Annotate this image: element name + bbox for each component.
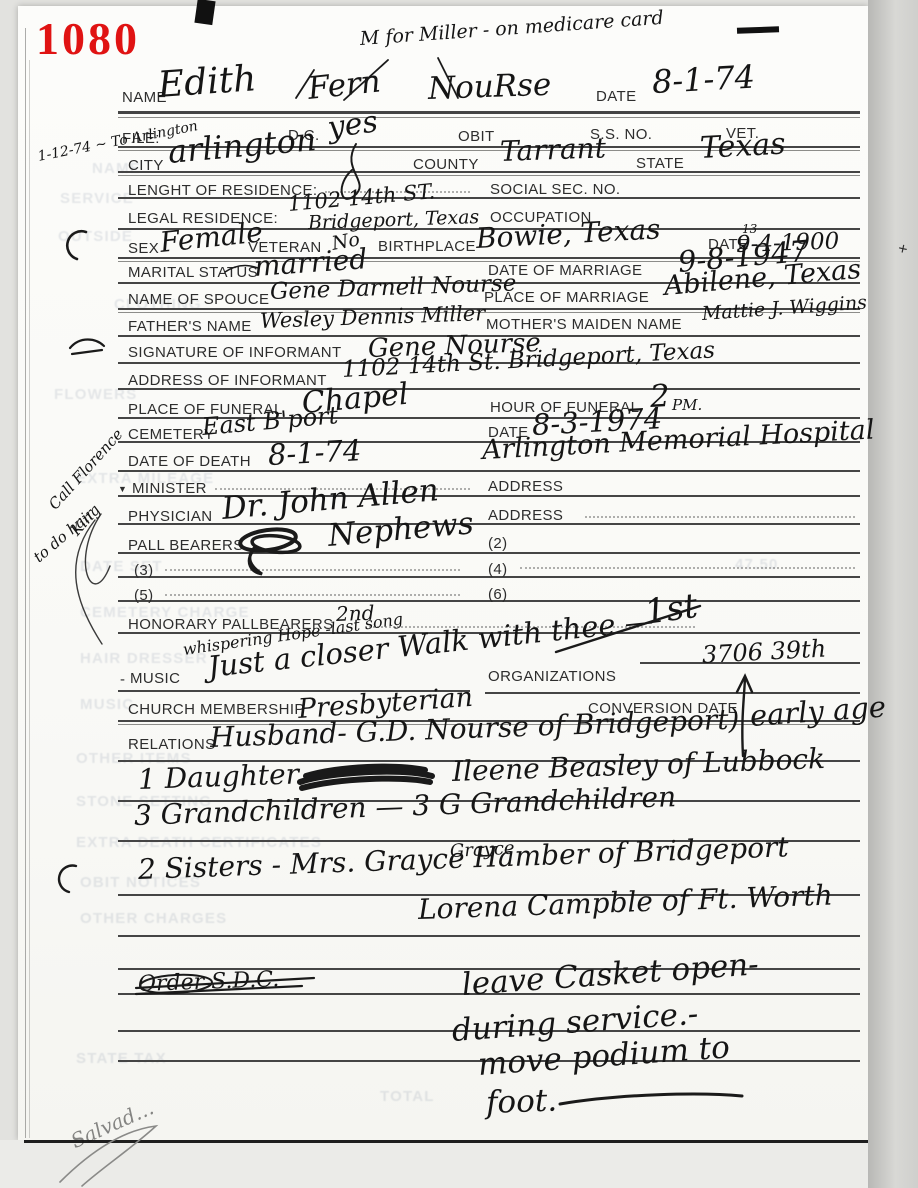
- sex-label: SEX: [128, 240, 159, 257]
- triangle-marker-icon: ▼: [118, 484, 127, 494]
- pallbearer-6-label: (6): [488, 586, 508, 603]
- date-label: DATE: [596, 88, 637, 105]
- state-value: Texas: [699, 130, 786, 164]
- music-label: MUSIC: [130, 670, 180, 687]
- paper-edge-line: [25, 28, 26, 1138]
- marital-status-label: MARITAL STATUS: [128, 264, 258, 281]
- pallbearer-4-label: (4): [488, 561, 508, 578]
- organizations-label: ORGANIZATIONS: [488, 668, 616, 685]
- ghost-label: TOTAL: [380, 1088, 435, 1105]
- ghost-label: OTHER CHARGES: [80, 910, 227, 927]
- scan-edge-right: [868, 0, 918, 1188]
- scanned-funeral-record: 1080 NAME SERVICE OUTSIDE CLOTHING FLOWE…: [0, 0, 918, 1188]
- state-label: STATE: [636, 155, 684, 172]
- form-line: [118, 111, 860, 114]
- spouse-label: NAME OF SPOUCE: [128, 291, 269, 308]
- minister-label: MINISTER: [132, 480, 207, 497]
- dotted-leader: [585, 516, 855, 518]
- birthplace-label: BIRTHPLACE: [378, 238, 476, 255]
- dotted-leader: [520, 567, 855, 569]
- scan-artifact-blob: [194, 0, 215, 25]
- county-value: Tarrant: [500, 134, 607, 166]
- form-line: [118, 935, 860, 937]
- relations-line-2a: 1 Daughter: [138, 760, 300, 794]
- organizations-note: 3706 39th: [701, 637, 826, 667]
- name-middle-value: Fern: [306, 66, 382, 104]
- relations-label: RELATIONS: [128, 736, 216, 753]
- dotted-leader: [165, 569, 460, 571]
- minister-address-label: ADDRESS: [488, 478, 563, 495]
- pallbearer-5-label: (5): [134, 587, 154, 604]
- funeral-hour-unit: PM.: [672, 398, 702, 413]
- form-line: [118, 117, 860, 118]
- father-name-label: FATHER'S NAME: [128, 318, 252, 335]
- county-label: COUNTY: [413, 156, 479, 173]
- paper-edge-line-2: [29, 60, 30, 1138]
- scan-edge-bottom: [0, 1140, 868, 1188]
- date-value: 8-1-74: [651, 61, 756, 98]
- pallbearers-label: PALL BEARERS: [128, 537, 244, 554]
- dotted-leader: [165, 594, 460, 596]
- form-line: [118, 175, 860, 176]
- physician-label: PHYSICIAN: [128, 508, 212, 525]
- city-label: CITY: [128, 157, 164, 174]
- dc-value: yes: [326, 107, 380, 144]
- social-sec-label: SOCIAL SEC. NO.: [490, 181, 620, 198]
- form-line: [118, 171, 860, 173]
- death-date-value: 8-1-74: [267, 436, 362, 470]
- pallbearer-3-label: (3): [134, 562, 154, 579]
- ghost-label: MUSIC: [80, 696, 134, 713]
- name-first-value: Edith: [157, 61, 258, 104]
- music-dash-marker: -: [120, 671, 125, 688]
- casket-note-4: foot.: [485, 1086, 557, 1119]
- church-membership-label: CHURCH MEMBERSHIP: [128, 701, 305, 718]
- order-note-struck: Order S.D.C.: [138, 969, 280, 996]
- death-date-label: DATE OF DEATH: [128, 453, 251, 470]
- informant-signature-label: SIGNATURE OF INFORMANT: [128, 344, 342, 361]
- name-last-value: NouRse: [427, 70, 551, 105]
- physician-address-label: ADDRESS: [488, 507, 563, 524]
- ghost-amount: 47.50: [735, 556, 779, 573]
- informant-address-label: ADDRESS OF INFORMANT: [128, 372, 327, 389]
- document-number: 1080: [36, 12, 140, 65]
- ghost-label: STATE TAX: [76, 1050, 167, 1067]
- ghost-label: SERVICE: [60, 190, 134, 207]
- ghost-label: OUTSIDE: [58, 228, 133, 245]
- form-line: [118, 470, 860, 472]
- paper-bottom-edge: [24, 1140, 868, 1143]
- obit-label: OBIT: [458, 128, 495, 145]
- form-line: [485, 692, 860, 694]
- pallbearer-2-label: (2): [488, 535, 508, 552]
